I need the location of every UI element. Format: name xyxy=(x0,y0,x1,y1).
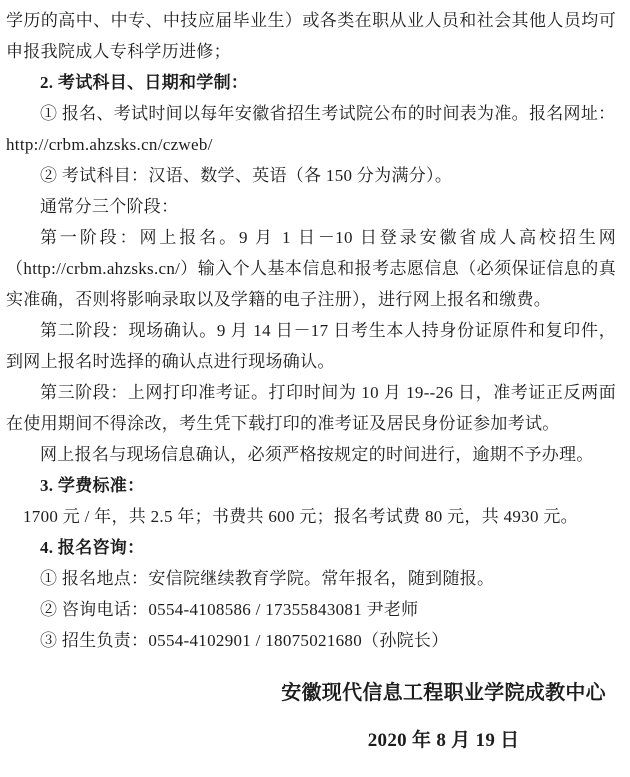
document-page: 学历的高中、中专、中技应届毕业生）或各类在职从业人员和社会其他人员均可申报我院成… xyxy=(0,0,630,777)
contact-address-item: ① 报名地点：安信院继续教育学院。常年报名，随到随报。 xyxy=(6,563,616,594)
signature-org: 安徽现代信息工程职业学院成教中心 xyxy=(281,678,606,709)
contact-director-item: ③ 招生负责：0554-4102901 / 18075021680（孙院长） xyxy=(6,625,616,656)
contact-phone-item: ② 咨询电话：0554-4108586 / 17355843081 尹老师 xyxy=(6,594,616,625)
signature-date: 2020 年 8 月 19 日 xyxy=(281,725,606,756)
registration-url: http://crbm.ahzsks.cn/czweb/ xyxy=(6,129,616,160)
exam-subjects-item: ② 考试科目：汉语、数学、英语（各 150 分为满分）。 xyxy=(6,160,616,191)
deadline-note: 网上报名与现场信息确认，必须严格按规定的时间进行，逾期不予办理。 xyxy=(6,439,616,470)
section2-heading: 2. 考试科目、日期和学制： xyxy=(6,67,616,98)
stage3-paragraph: 第三阶段：上网打印准考证。打印时间为 10 月 19--26 日，准考证正反两面… xyxy=(6,377,616,439)
signature-block: 安徽现代信息工程职业学院成教中心 2020 年 8 月 19 日 xyxy=(281,678,616,756)
section4-heading: 4. 报名咨询： xyxy=(6,532,616,563)
registration-time-item: ① 报名、考试时间以每年安徽省招生考试院公布的时间表为准。报名网址： xyxy=(6,98,616,129)
stage2-paragraph: 第二阶段：现场确认。9 月 14 日－17 日考生本人持身份证原件和复印件，到网… xyxy=(6,315,616,377)
intro-continuation-paragraph: 学历的高中、中专、中技应届毕业生）或各类在职从业人员和社会其他人员均可申报我院成… xyxy=(6,5,616,67)
stage1-paragraph: 第一阶段：网上报名。9 月 1 日－10 日登录安徽省成人高校招生网（http:… xyxy=(6,222,616,315)
stages-intro: 通常分三个阶段： xyxy=(6,191,616,222)
tuition-line: 1700 元 / 年，共 2.5 年；书费共 600 元；报名考试费 80 元，… xyxy=(6,501,616,532)
section3-heading: 3. 学费标准： xyxy=(6,470,616,501)
